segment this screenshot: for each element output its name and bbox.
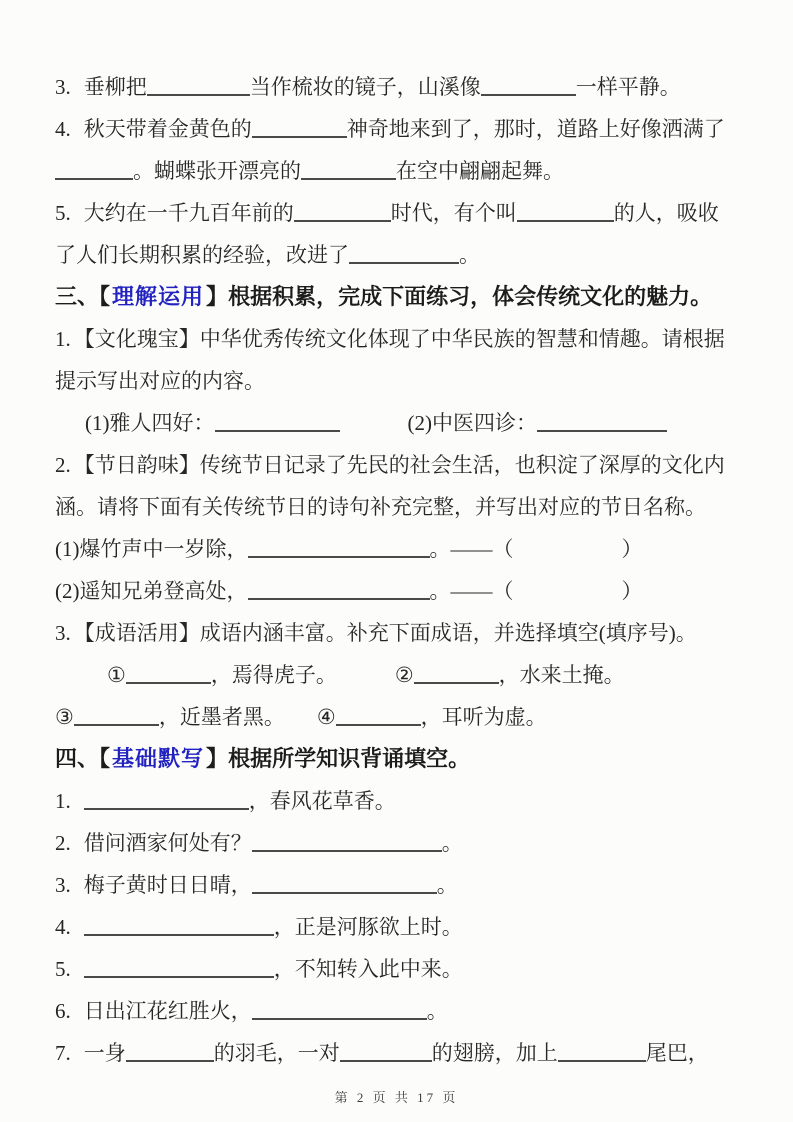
answer-blank: [252, 880, 437, 894]
question-number: 2.: [55, 822, 71, 864]
answer-blank: [126, 670, 211, 684]
part3-q1-line-1: 1.【文化瑰宝】中华优秀传统文化体现了中华民族的智慧和情趣。请根据: [55, 318, 740, 360]
answer-blank: [301, 166, 396, 180]
question-number: 5.: [55, 948, 71, 990]
poem-text: 借问酒家何处有？: [84, 831, 252, 855]
question-4-line-1: 4.秋天带着金黄色的神奇地来到了，那时，道路上好像洒满了: [55, 108, 740, 150]
idiom-text: ，焉得虎子。: [211, 663, 337, 687]
poem-text: ，不知转入此中来。: [274, 957, 463, 981]
circled-number: ④: [317, 705, 336, 729]
answer-blank: [340, 1048, 432, 1062]
question-text: 当作梳妆的镜子，山溪像: [250, 75, 481, 99]
part3-q2-line-2: 涵。请将下面有关传统节日的诗句补充完整，并写出对应的节日名称。: [55, 486, 740, 528]
question-text: 的人，吸收: [614, 201, 719, 225]
answer-blank: [537, 418, 667, 432]
question-number: 4.: [55, 108, 71, 150]
poem-line: ）: [622, 579, 643, 603]
question-text: 。: [459, 243, 480, 267]
poem-text: 。: [437, 873, 458, 897]
answer-blank: [126, 1048, 214, 1062]
answer-blank: [517, 208, 614, 222]
poem-text: ，春风花草香。: [249, 789, 396, 813]
section-4-heading: 四、【基础默写】根据所学知识背诵填空。: [55, 738, 740, 780]
poem-text: ，正是河豚欲上时。: [274, 915, 463, 939]
answer-blank: [147, 82, 250, 96]
idiom-text: ，近墨者黑。: [159, 705, 285, 729]
answer-blank: [349, 250, 459, 264]
poem-text: 。: [427, 999, 448, 1023]
recite-item-5: 5.，不知转入此中来。: [55, 948, 740, 990]
worksheet-page: 3.垂柳把当作梳妆的镜子，山溪像一样平静。 4.秋天带着金黄色的神奇地来到了，那…: [0, 0, 793, 1122]
circled-number: ③: [55, 705, 74, 729]
answer-blank: [55, 166, 133, 180]
question-number: 7.: [55, 1032, 71, 1074]
answer-blank: [558, 1048, 646, 1062]
poem-text: 的羽毛，一对: [214, 1041, 340, 1065]
question-text: 了人们长期积累的经验，改进了: [55, 243, 349, 267]
answer-blank: [84, 796, 249, 810]
question-text: 神奇地来到了，那时，道路上好像洒满了: [347, 117, 725, 141]
poem-line: 。——（: [430, 537, 514, 561]
poem-text: 尾巴，: [646, 1041, 709, 1065]
question-text: 提示写出对应的内容。: [55, 369, 265, 393]
bracket-open: 【: [99, 746, 110, 771]
part3-q3-line-1: 3.【成语活用】成语内涵丰富。补充下面成语，并选择填空(填序号)。: [55, 612, 740, 654]
recite-item-1: 1.，春风花草香。: [55, 780, 740, 822]
question-number: 3.: [55, 864, 71, 906]
worksheet-content: 3.垂柳把当作梳妆的镜子，山溪像一样平静。 4.秋天带着金黄色的神奇地来到了，那…: [55, 66, 740, 1074]
answer-blank: [84, 964, 274, 978]
question-3-line: 3.垂柳把当作梳妆的镜子，山溪像一样平静。: [55, 66, 740, 108]
question-text: 一样平静。: [576, 75, 681, 99]
idiom-text: ，耳听为虚。: [421, 705, 547, 729]
poem-text: 。: [442, 831, 463, 855]
part3-q2-line-1: 2.【节日韵味】传统节日记录了先民的社会生活，也积淀了深厚的文化内: [55, 444, 740, 486]
recite-item-7: 7.一身的羽毛，一对的翅膀，加上尾巴，: [55, 1032, 740, 1074]
recite-item-4: 4.，正是河豚欲上时。: [55, 906, 740, 948]
idiom-row-2: ③，近墨者黑。④，耳听为虚。: [55, 696, 740, 738]
recite-item-6: 6.日出江花红胜火，。: [55, 990, 740, 1032]
circled-number: ①: [107, 663, 126, 687]
recite-item-3: 3.梅子黄时日日晴，。: [55, 864, 740, 906]
bracket-close: 】: [206, 284, 228, 309]
idiom-text: ，水来土掩。: [499, 663, 625, 687]
part3-q2-sub-1: (1)爆竹声中一岁除，。——（）: [55, 528, 740, 570]
answer-blank: [481, 82, 576, 96]
idiom-row-1: ①，焉得虎子。②，水来土掩。: [55, 654, 740, 696]
question-text: 【节日韵味】传统节日记录了先民的社会生活，也积淀了深厚的文化内: [74, 453, 725, 477]
question-text: 涵。请将下面有关传统节日的诗句补充完整，并写出对应的节日名称。: [55, 495, 706, 519]
bracket-open: 【: [99, 284, 110, 309]
question-number: 1.: [55, 780, 71, 822]
poem-line: ）: [622, 537, 643, 561]
part3-q2-sub-2: (2)遥知兄弟登高处，。——（）: [55, 570, 740, 612]
answer-blank: [252, 1006, 427, 1020]
poem-line: (2)遥知兄弟登高处，: [55, 579, 248, 603]
poem-line: 。——（: [430, 579, 514, 603]
section-number: 四、: [55, 746, 99, 771]
question-text: 大约在一千九百年前的: [84, 201, 294, 225]
question-number: 3.: [55, 612, 71, 654]
question-5-line-2: 了人们长期积累的经验，改进了。: [55, 234, 740, 276]
section-3-heading: 三、【理解运用】根据积累，完成下面练习，体会传统文化的魅力。: [55, 276, 740, 318]
answer-blank: [252, 124, 347, 138]
question-text: 。蝴蝶张开漂亮的: [133, 159, 301, 183]
answer-blank: [74, 712, 159, 726]
question-number: 6.: [55, 990, 71, 1032]
sub-item-label: (2)中医四诊：: [408, 411, 538, 435]
circled-number: ②: [395, 663, 414, 687]
question-5-line-1: 5.大约在一千九百年前的时代，有个叫的人，吸收: [55, 192, 740, 234]
question-text: 垂柳把: [84, 75, 147, 99]
question-number: 3.: [55, 66, 71, 108]
answer-blank: [248, 586, 430, 600]
question-number: 5.: [55, 192, 71, 234]
answer-blank: [336, 712, 421, 726]
answer-blank: [252, 838, 442, 852]
poem-text: 日出江花红胜火，: [84, 999, 252, 1023]
question-number: 4.: [55, 906, 71, 948]
question-4-line-2: 。蝴蝶张开漂亮的在空中翩翩起舞。: [55, 150, 740, 192]
answer-blank: [215, 418, 340, 432]
question-text: 【文化瑰宝】中华优秀传统文化体现了中华民族的智慧和情趣。请根据: [74, 327, 725, 351]
bracket-close: 】: [206, 746, 228, 771]
sub-item-label: (1)雅人四好：: [85, 411, 215, 435]
poem-text: 的翅膀，加上: [432, 1041, 558, 1065]
section-title: 根据积累，完成下面练习，体会传统文化的魅力。: [228, 284, 712, 309]
poem-text: 一身: [84, 1041, 126, 1065]
question-text: 【成语活用】成语内涵丰富。补充下面成语，并选择填空(填序号)。: [74, 621, 697, 645]
section-number: 三、: [55, 284, 99, 309]
poem-line: (1)爆竹声中一岁除，: [55, 537, 248, 561]
poem-text: 梅子黄时日日晴，: [84, 873, 252, 897]
answer-blank: [414, 670, 499, 684]
question-text: 时代，有个叫: [391, 201, 517, 225]
answer-blank: [84, 922, 274, 936]
question-number: 2.: [55, 444, 71, 486]
answer-blank: [294, 208, 391, 222]
answer-blank: [248, 544, 430, 558]
recite-item-2: 2.借问酒家何处有？。: [55, 822, 740, 864]
question-number: 1.: [55, 318, 71, 360]
section-tag: 基础默写: [110, 746, 206, 771]
section-tag: 理解运用: [110, 284, 206, 309]
section-title: 根据所学知识背诵填空。: [228, 746, 470, 771]
part3-q1-sub-items: (1)雅人四好：(2)中医四诊：: [55, 402, 740, 444]
part3-q1-line-2: 提示写出对应的内容。: [55, 360, 740, 402]
page-footer: 第 2 页 共 17 页: [0, 1087, 793, 1106]
question-text: 秋天带着金黄色的: [84, 117, 252, 141]
question-text: 在空中翩翩起舞。: [396, 159, 564, 183]
